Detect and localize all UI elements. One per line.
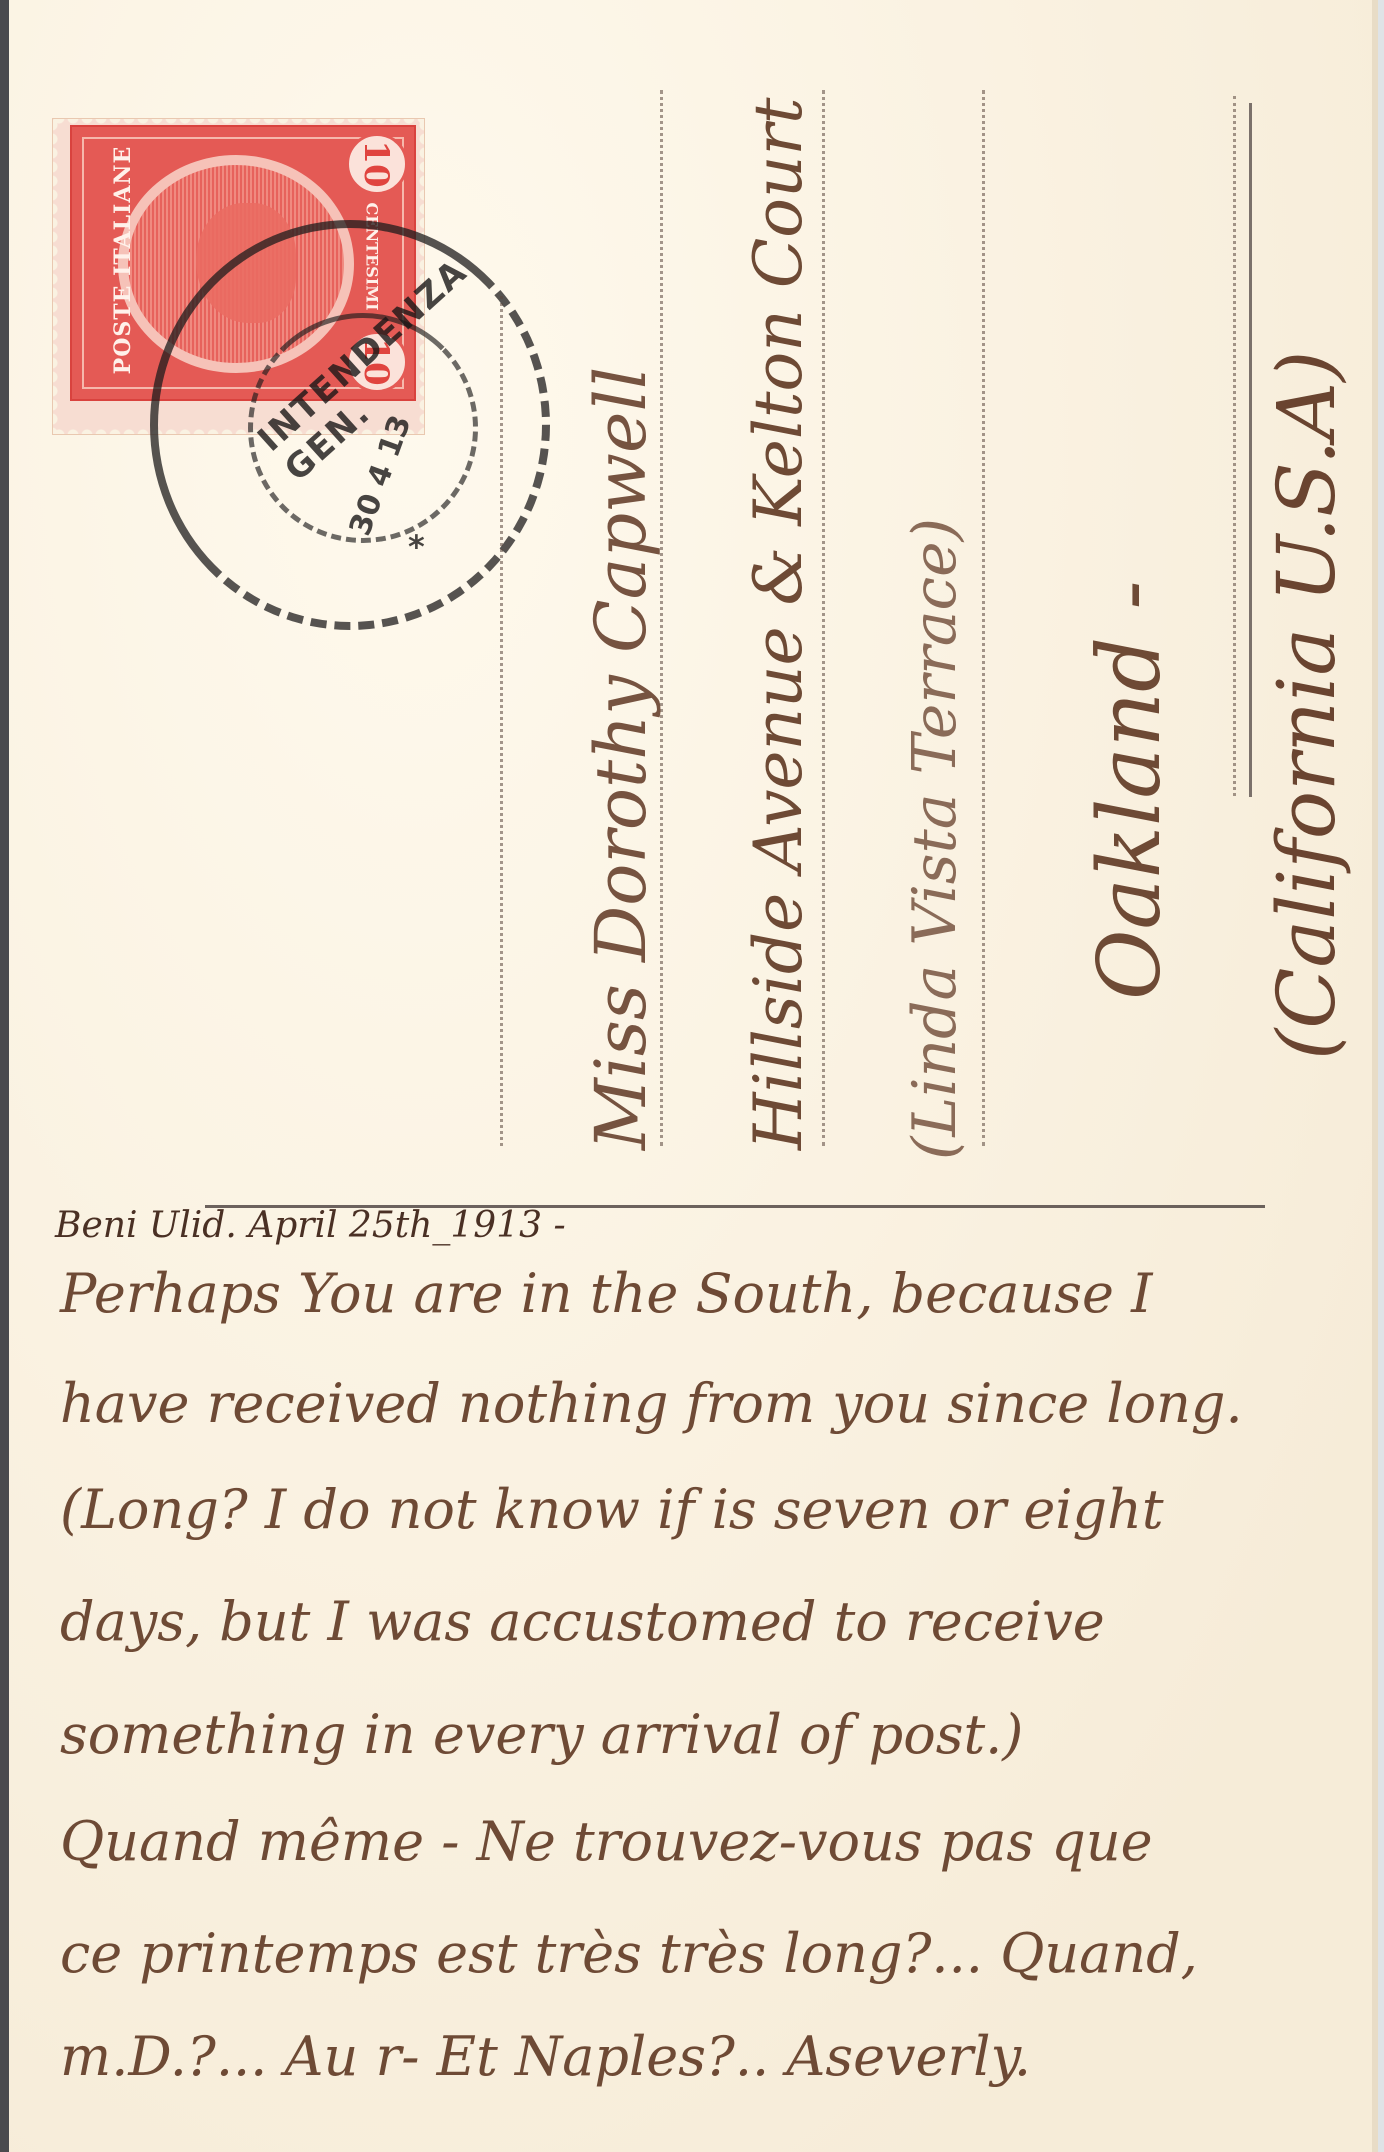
message-line: ce printemps est très très long?... Quan…	[60, 1922, 1198, 1985]
message-line: Perhaps You are in the South, because I	[60, 1262, 1152, 1325]
message-line: something in every arrival of post.)	[60, 1703, 1023, 1766]
message-line: days, but I was accustomed to receive	[60, 1590, 1105, 1653]
address-state-country: (California U.S.A)	[1260, 351, 1353, 1060]
address-recipient: Miss Dorothy Capwell	[580, 367, 662, 1150]
message-line: m.D.?... Au r- Et Naples?.. Aseverly.	[60, 2025, 1031, 2088]
address-subdivision: (Linda Vista Terrace)	[900, 518, 970, 1160]
postmark-cancellation: INTENDENZA GEN. 30 4 13 *	[150, 220, 550, 630]
address-street: Hillside Avenue & Kelton Court	[740, 97, 817, 1150]
card-left-edge	[0, 0, 9, 2152]
address-city: Oakland -	[1080, 580, 1180, 1000]
address-guide-line-1	[500, 296, 503, 1146]
address-guide-line-5	[1233, 96, 1236, 796]
stamp-country-text: POSTE ITALIANE	[110, 145, 136, 375]
address-guide-line-3	[822, 90, 825, 1146]
message-line: have received nothing from you since lon…	[60, 1372, 1243, 1435]
address-underline-heavy	[1249, 103, 1252, 797]
message-line: Quand même - Ne trouvez-vous pas que	[60, 1810, 1153, 1873]
address-guide-line-4	[982, 90, 985, 1146]
stamp-value-top: 10	[346, 133, 408, 195]
card-right-edge	[1372, 0, 1378, 2152]
message-dateline: Beni Ulid. April 25th_1913 -	[55, 1205, 566, 1246]
postmark-star-icon: *	[408, 528, 425, 566]
message-line: (Long? I do not know if is seven or eigh…	[60, 1478, 1164, 1541]
postcard: POSTE ITALIANE CENTESIMI 10 10 INTENDENZ…	[0, 0, 1378, 2152]
